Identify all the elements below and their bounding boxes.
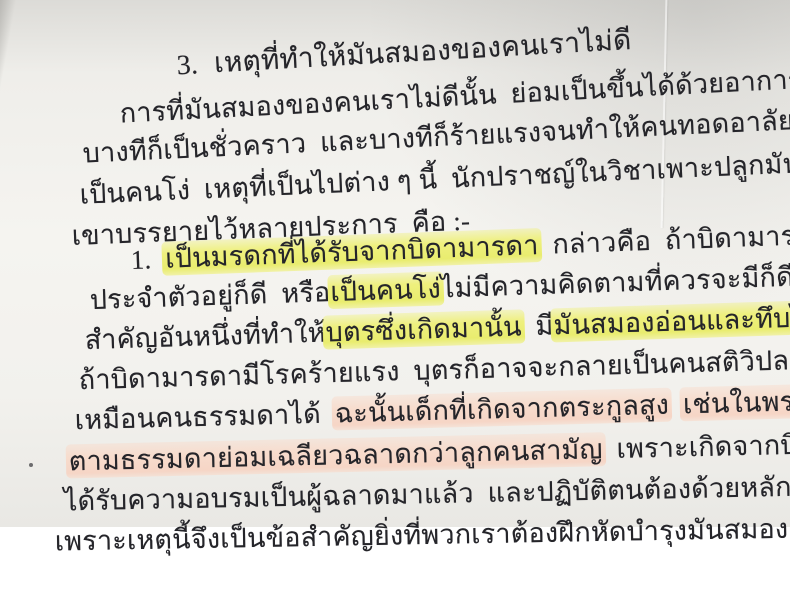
scanned-page-photo: 3.เหตุที่ทำให้มันสมองของคนเราไม่ดี การที… [0, 0, 790, 527]
ink-speck [29, 463, 33, 467]
text-segment: เพราะเหตุนี้จึงเป็นข้อสำคัญยิ่งที่พวกเรา… [55, 512, 790, 527]
